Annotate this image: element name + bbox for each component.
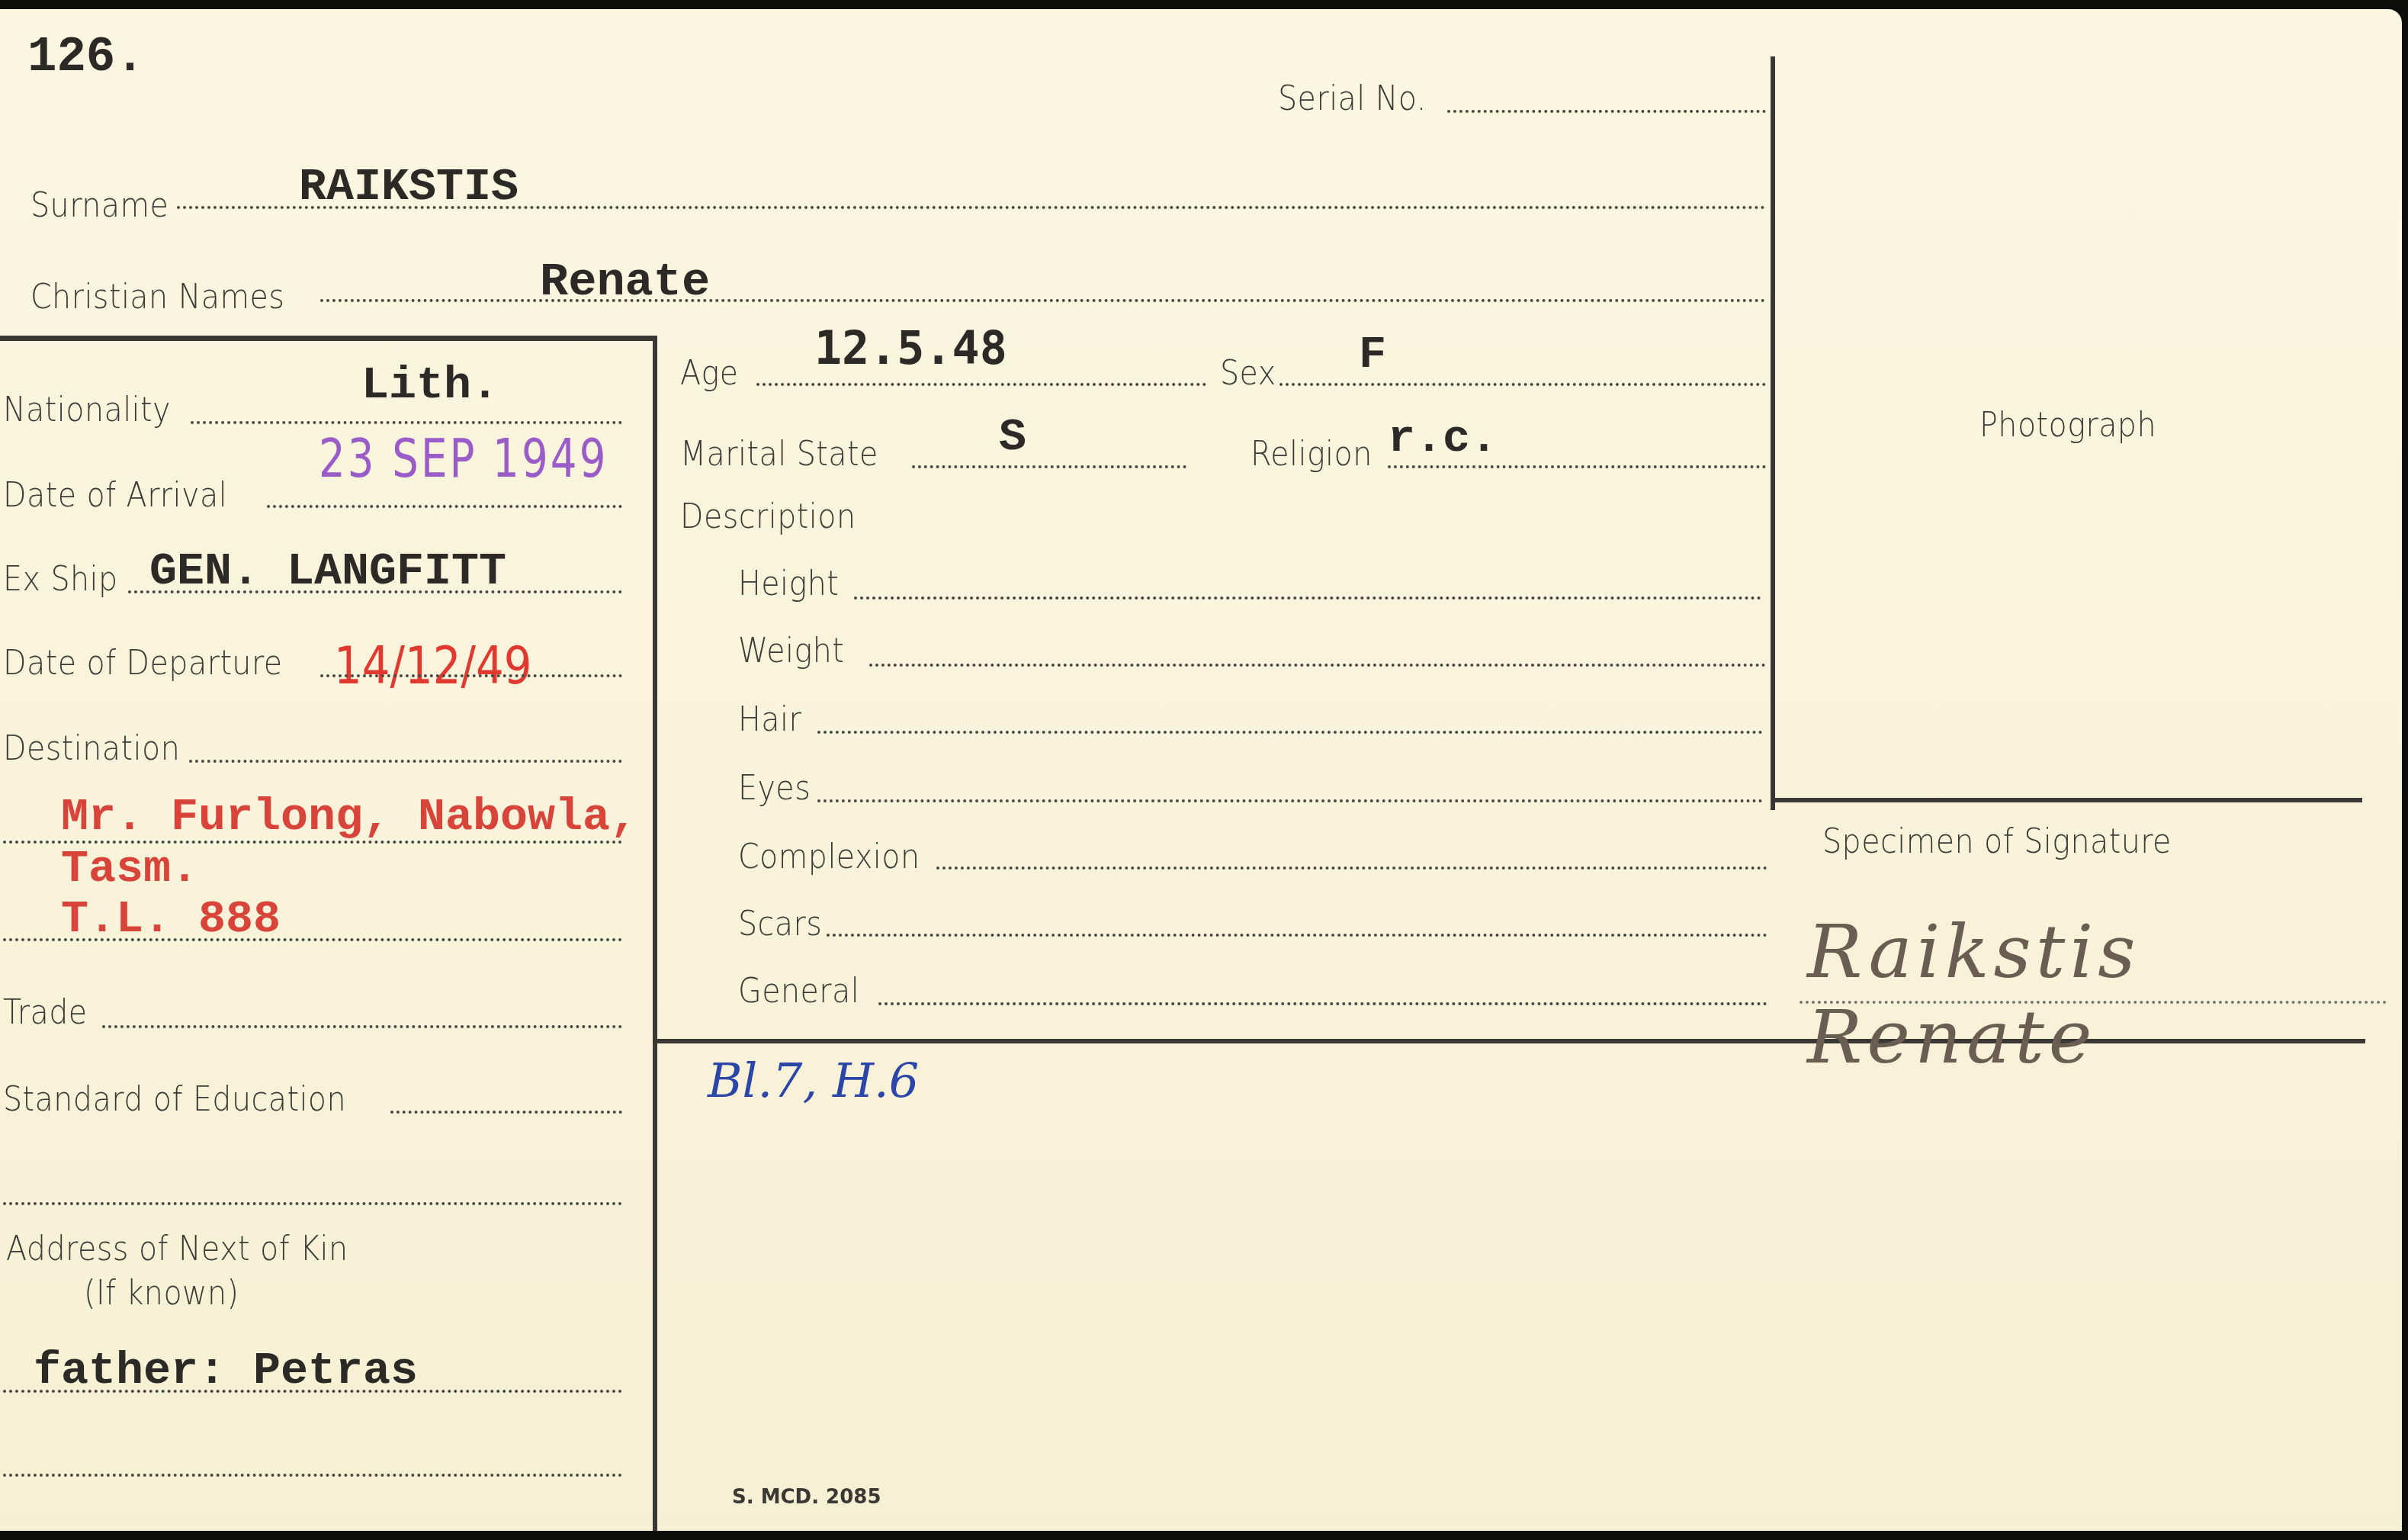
eyes-label: Eyes: [738, 769, 811, 808]
trade-label: Trade: [3, 993, 88, 1032]
surname-label: Surname: [31, 186, 169, 225]
ex-ship-line: [128, 590, 622, 593]
date-of-arrival-line: [267, 505, 622, 508]
education-label: Standard of Education: [3, 1080, 346, 1119]
signature-value: Raikstis Renate: [1807, 909, 2402, 1080]
sex-value: F: [1359, 330, 1386, 381]
marital-state-line: [912, 465, 1186, 468]
description-label: Description: [680, 497, 856, 536]
height-label: Height: [738, 564, 839, 603]
age-value: 12.5.48: [814, 322, 1007, 375]
trade-line[interactable]: [102, 1025, 622, 1028]
date-of-arrival-stamp: 23 SEP 1949: [319, 427, 608, 490]
weight-line[interactable]: [869, 664, 1766, 667]
surname-line: [177, 206, 1766, 209]
nationality-label: Nationality: [3, 391, 171, 429]
marital-state-value: S: [999, 412, 1026, 464]
destination-label: Destination: [3, 729, 180, 768]
date-of-departure-line: [320, 674, 622, 677]
sex-label: Sex: [1220, 354, 1276, 393]
photo-box-bottom-border: [1771, 798, 2362, 802]
education-line-1[interactable]: [390, 1111, 622, 1114]
form-code: S. MCD. 2085: [732, 1486, 881, 1509]
date-of-arrival-label: Date of Arrival: [3, 476, 227, 515]
next-of-kin-label: Address of Next of Kin: [6, 1230, 348, 1268]
christian-names-label: Christian Names: [31, 278, 284, 317]
marital-state-label: Marital State: [680, 435, 878, 474]
religion-value: r.c.: [1388, 413, 1498, 465]
serial-no-label: Serial No.: [1278, 79, 1427, 118]
scars-label: Scars: [738, 905, 822, 944]
signature-line: [1800, 1001, 2387, 1004]
nationality-line: [191, 421, 622, 424]
next-of-kin-line-2[interactable]: [3, 1474, 622, 1477]
destination-line-text-2: Tasm.: [61, 844, 198, 895]
scars-line[interactable]: [827, 934, 1767, 937]
age-line: [756, 383, 1206, 386]
ex-ship-label: Ex Ship: [3, 560, 118, 599]
next-of-kin-line-1: [3, 1390, 622, 1393]
weight-label: Weight: [738, 632, 844, 670]
nationality-value: Lith.: [361, 360, 499, 412]
education-line-2[interactable]: [3, 1202, 622, 1205]
height-line[interactable]: [854, 596, 1761, 600]
card-number: 126.: [27, 31, 145, 85]
christian-names-line: [320, 299, 1766, 302]
date-of-departure-stamp: 14/12/49: [334, 636, 532, 696]
general-line[interactable]: [878, 1002, 1767, 1005]
column-divider: [653, 336, 657, 1531]
photograph-area: [1777, 56, 2362, 796]
photo-box-left-border: [1771, 56, 1775, 810]
hair-label: Hair: [738, 700, 801, 739]
signature-label: Specimen of Signature: [1822, 822, 2172, 861]
names-divider: [0, 336, 656, 341]
sex-line: [1279, 383, 1766, 386]
religion-line: [1388, 465, 1766, 468]
date-of-departure-label: Date of Departure: [3, 644, 283, 683]
hair-line[interactable]: [817, 731, 1763, 734]
next-of-kin-sublabel: (If known): [84, 1274, 239, 1313]
destination-line-1: [189, 760, 622, 763]
destination-line-text-1: Mr. Furlong, Nabowla,: [61, 792, 637, 844]
complexion-line[interactable]: [936, 866, 1767, 870]
handwritten-note: Bl.7, H.6: [708, 1053, 919, 1108]
destination-line-3: [3, 938, 622, 941]
age-label: Age: [680, 354, 739, 393]
religion-label: Religion: [1251, 435, 1373, 474]
eyes-line[interactable]: [817, 799, 1763, 802]
serial-no-field[interactable]: [1447, 110, 1766, 113]
immigration-record-card: 126. Serial No. Surname RAIKSTIS Christi…: [0, 9, 2402, 1531]
complexion-label: Complexion: [738, 838, 920, 876]
general-label: General: [738, 972, 859, 1011]
